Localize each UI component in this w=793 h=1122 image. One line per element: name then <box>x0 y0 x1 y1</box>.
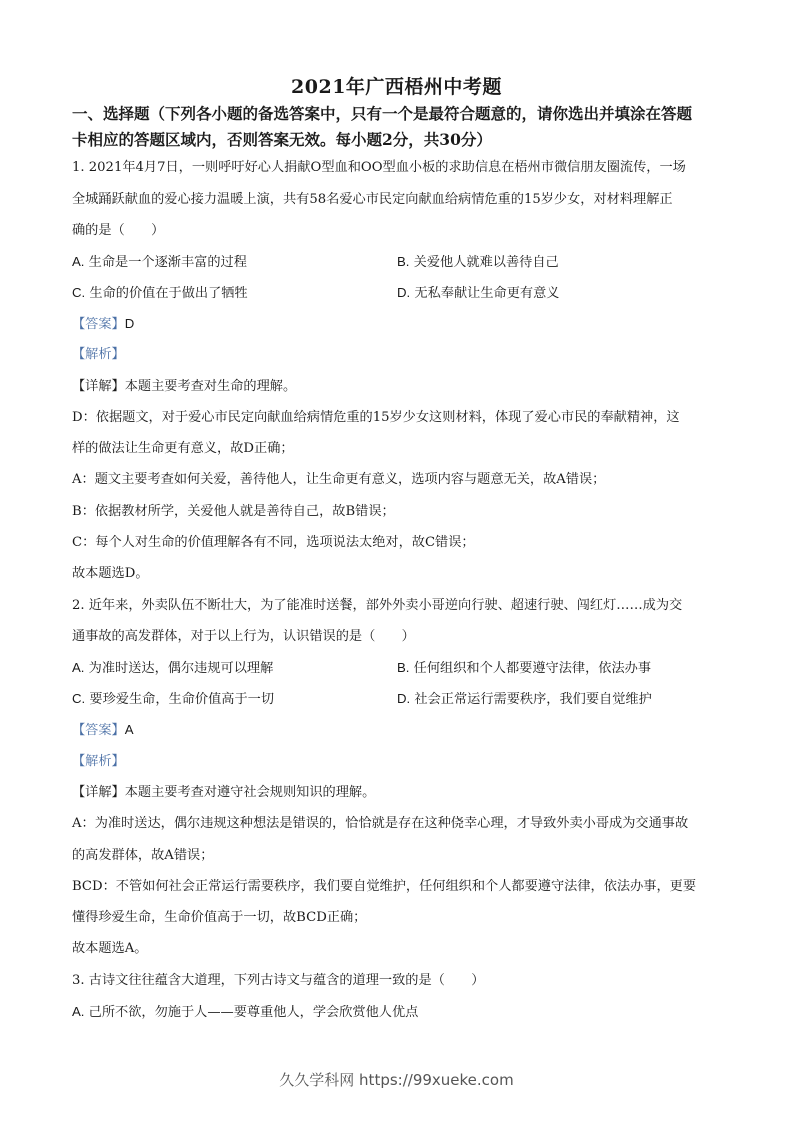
footer-watermark: 久久学科网 https://99xueke.com <box>0 1069 793 1090</box>
detail-line: B：依据教材所学，关爱他人就是善待自己，故B错误； <box>72 502 395 522</box>
question-1-option-b: B. 关爱他人就难以善待自己 <box>397 252 559 273</box>
detail-line: A：为准时送达，偶尔违规这种想法是错误的，恰恰就是存在这种侥幸心理，才导致外卖小… <box>72 814 688 834</box>
detail-line: 【详解】本题主要考查对生命的理解。 <box>72 377 296 397</box>
question-2-stem: 通事故的高发群体，对于以上行为，认识错误的是（ ） <box>72 627 415 647</box>
detail-line: D：依据题文，对于爱心市民定向献血给病情危重的15岁少女这则材料，体现了爱心市民… <box>72 408 680 428</box>
detail-line: 【详解】本题主要考查对遵守社会规则知识的理解。 <box>72 783 375 803</box>
detail-line: 懂得珍爱生命，生命价值高于一切，故BCD正确； <box>72 908 366 928</box>
detail-line: 故本题选A。 <box>72 939 147 959</box>
answer-value: D <box>125 316 135 331</box>
detail-line: A：题文主要考查如何关爱，善待他人，让生命更有意义，选项内容与题意无关，故A错误… <box>72 470 605 490</box>
detail-line: C：每个人对生命的价值理解各有不同，选项说法太绝对，故C错误； <box>72 533 475 553</box>
page-title: 2021年广西梧州中考题 <box>0 72 793 99</box>
detail-line: 的高发群体，故A错误； <box>72 846 213 866</box>
question-1-stem: 全城踊跃献血的爱心接力温暖上演，共有58名爱心市民定向献血给病情危重的15岁少女… <box>72 190 673 210</box>
question-1-option-a: A. 生命是一个逐渐丰富的过程 <box>72 252 247 273</box>
question-2-option-a: A. 为准时送达，偶尔违规可以理解 <box>72 658 273 679</box>
exam-page: 2021年广西梧州中考题 一、选择题（下列各小题的备选答案中，只有一个是最符合题… <box>0 0 793 1122</box>
question-2-answer: 【答案】A <box>72 720 134 741</box>
answer-label: 【答案】 <box>72 317 125 332</box>
section-heading-line: 一、选择题（下列各小题的备选答案中，只有一个是最符合题意的，请你选出并填涂在答题 <box>72 101 732 127</box>
question-2-stem: 2. 近年来，外卖队伍不断壮大，为了能准时送餐，部外外卖小哥逆向行驶、超速行驶、… <box>72 596 682 616</box>
question-1-stem: 确的是（ ） <box>72 221 164 241</box>
question-3-option-a: A. 己所不欲，勿施于人——要尊重他人，学会欣赏他人优点 <box>72 1002 418 1023</box>
section-heading-line: 卡相应的答题区域内，否则答案无效。每小题2分，共30分） <box>72 127 732 153</box>
detail-line: 样的做法让生命更有意义，故D正确； <box>72 439 294 459</box>
detail-line: BCD：不管如何社会正常运行需要秩序，我们要自觉维护，任何组织和个人都要遵守法律… <box>72 877 696 897</box>
answer-value: A <box>125 722 134 737</box>
section-heading: 一、选择题（下列各小题的备选答案中，只有一个是最符合题意的，请你选出并填涂在答题… <box>72 101 732 153</box>
question-3-stem: 3. 古诗文往往蕴含大道理，下列古诗文与蕴含的道理一致的是（ ） <box>72 971 484 991</box>
question-1-option-d: D. 无私奉献让生命更有意义 <box>397 283 559 304</box>
detail-line: 故本题选D。 <box>72 564 149 584</box>
answer-label: 【答案】 <box>72 723 125 738</box>
analysis-label: 【解析】 <box>72 752 125 772</box>
question-2-option-b: B. 任何组织和个人都要遵守法律，依法办事 <box>397 658 651 679</box>
question-2-option-c: C. 要珍爱生命，生命价值高于一切 <box>72 689 274 710</box>
question-1-answer: 【答案】D <box>72 314 134 335</box>
question-1-option-c: C. 生命的价值在于做出了牺牲 <box>72 283 248 304</box>
analysis-label: 【解析】 <box>72 345 125 365</box>
question-2-option-d: D. 社会正常运行需要秩序，我们要自觉维护 <box>397 689 652 710</box>
question-1-stem: 1. 2021年4月7日，一则呼吁好心人捐献O型血和OO型血小板的求助信息在梧州… <box>72 158 686 178</box>
